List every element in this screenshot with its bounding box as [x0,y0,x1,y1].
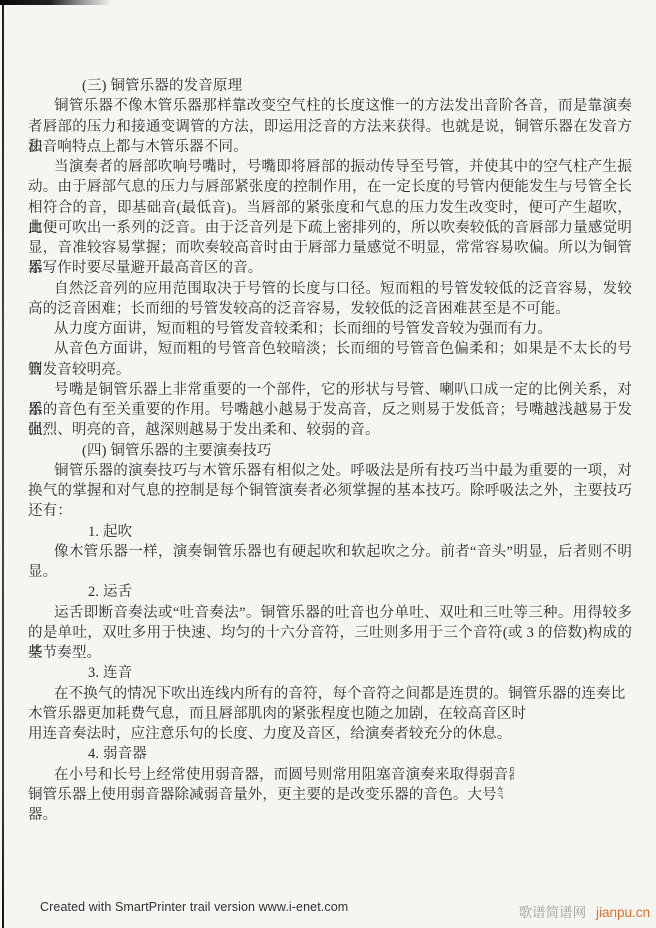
text-line: 换气的掌握和对气息的控制是每个铜管演奏者必须掌握的基本技巧。除呼吸法之外，主要技… [28,481,632,501]
clipped-character: 等 [497,785,503,805]
text-line: 相符合的音，即基础音(最低音)。当唇部的紧张度和气息的压力发生改变时，便可产生超… [28,198,632,218]
text-line: 的是单吐，双吐多用于快速、均匀的十六分音符，三吐则多用于三个音符(或 3 的倍数… [28,623,632,643]
text-line: 强烈、明亮的音，越深则越易于发出柔和、较弱的音。 [28,420,632,440]
text-line: 从力度方面讲，短而粗的号管发音较柔和；长而细的号管发音较为强而有力。 [28,319,632,339]
printer-watermark: Created with SmartPrinter trail version … [40,900,348,914]
scan-edge-line [2,0,4,928]
text-line: 铜管乐器上使用弱音器除减弱音量外，更主要的是改变乐器的音色。大号等 [28,785,632,805]
text-line: 铜管乐器不像木管乐器那样靠改变空气柱的长度这惟一的方法发出音阶各音，而是靠演奏 [28,96,632,116]
text-line: 器写作时要尽量避开最高音区的音。 [28,258,632,278]
scan-smudge [0,0,112,5]
text-line: 像木管乐器一样，演奏铜管乐器也有硬起吹和软起吹之分。前者“音头”明显，后者则不明 [28,542,632,562]
text-line: 器的音色有至关重要的作用。号嘴越小越易于发高音，反之则易于发低音；号嘴越浅越易于… [28,400,632,420]
site-name: 歌谱简谱网 [519,905,587,920]
text-line: 动。由于唇部气息的压力与唇部紧张度的控制作用，在一定长度的号管内便能发生与号管全… [28,177,632,197]
text-block: (三) 铜管乐器的发音原理铜管乐器不像木管乐器那样靠改变空气柱的长度这惟一的方法… [28,76,632,825]
text-line: 木管乐器更加耗费气息，而且唇部肌肉的紧张程度也随之加剧，在较高音区时 [28,704,632,724]
text-line: 还有： [28,501,632,521]
text-line: 1. 起吹 [28,522,632,542]
text-line: 在小号和长号上经常使用弱音器，而圆号则常用阻塞音演奏来取得弱音器 [28,765,632,785]
text-line: 高的泛音困难；长而细的号管发较高的泛音容易，发较低的泛音困难甚至是不可能。 [28,299,632,319]
text-line: 和音响特点上都与木管乐器不同。 [28,137,632,157]
scanned-page: { "page": { "background_color": "#f5f5f2… [0,0,656,928]
site-watermark: 歌谱简谱网 jianpu.cn [519,901,650,921]
text-line: 则发音较明亮。 [28,360,632,380]
text-line: 4. 弱音器 [28,744,632,764]
text-line: 者唇部的压力和接通变调管的方法，即运用泛音的方法来获得。也就是说，铜管乐器在发音… [28,117,632,137]
site-link: jianpu.cn [596,905,650,920]
text-line: 些节奏型。 [28,643,632,663]
text-line: 从音色方面讲，短而粗的号管音色较暗淡；长而细的号管音色偏柔和；如果是不太长的号管 [28,339,632,359]
text-line: 铜管乐器的演奏技巧与木管乐器有相似之处。呼吸法是所有技巧当中最为重要的一项，对 [28,461,632,481]
text-line: 2. 运舌 [28,582,632,602]
text-line: 器。 [28,805,632,825]
text-line: 自然泛音列的应用范围取决于号管的长度与口径。短而粗的号管发较低的泛音容易，发较 [28,279,632,299]
text-line: 显。 [28,562,632,582]
text-line: (三) 铜管乐器的发音原理 [28,76,632,96]
text-line: 3. 连音 [28,663,632,683]
text-line: (四) 铜管乐器的主要演奏技巧 [28,441,632,461]
text-line: 运舌即断音奏法或“吐音奏法”。铜管乐器的吐音也分单吐、双吐和三吐等三种。用得较多 [28,603,632,623]
text-line: 显，音准较容易掌握；而吹奏较高音时由于唇部力量感觉不明显，常常容易吹偏。所以为铜… [28,238,632,258]
clipped-character: 器 [508,765,514,785]
text-line: 用连音奏法时，应注意乐句的长度、力度及音区，给演奏者较充分的休息。 [28,724,632,744]
text-line: 号嘴是铜管乐器上非常重要的一个部件，它的形状与号管、喇叭口成一定的比例关系，对乐 [28,380,632,400]
text-line: 当演奏者的唇部吹响号嘴时，号嘴即将唇部的振动传导至号管，并使其中的空气柱产生振 [28,157,632,177]
text-line: 此便可吹出一系列的泛音。由于泛音列是下疏上密排列的，所以吹奏较低的音唇部力量感觉… [28,218,632,238]
text-line: 在不换气的情况下吹出连线内所有的音符，每个音符之间都是连贯的。铜管乐器的连奏比 [28,684,632,704]
